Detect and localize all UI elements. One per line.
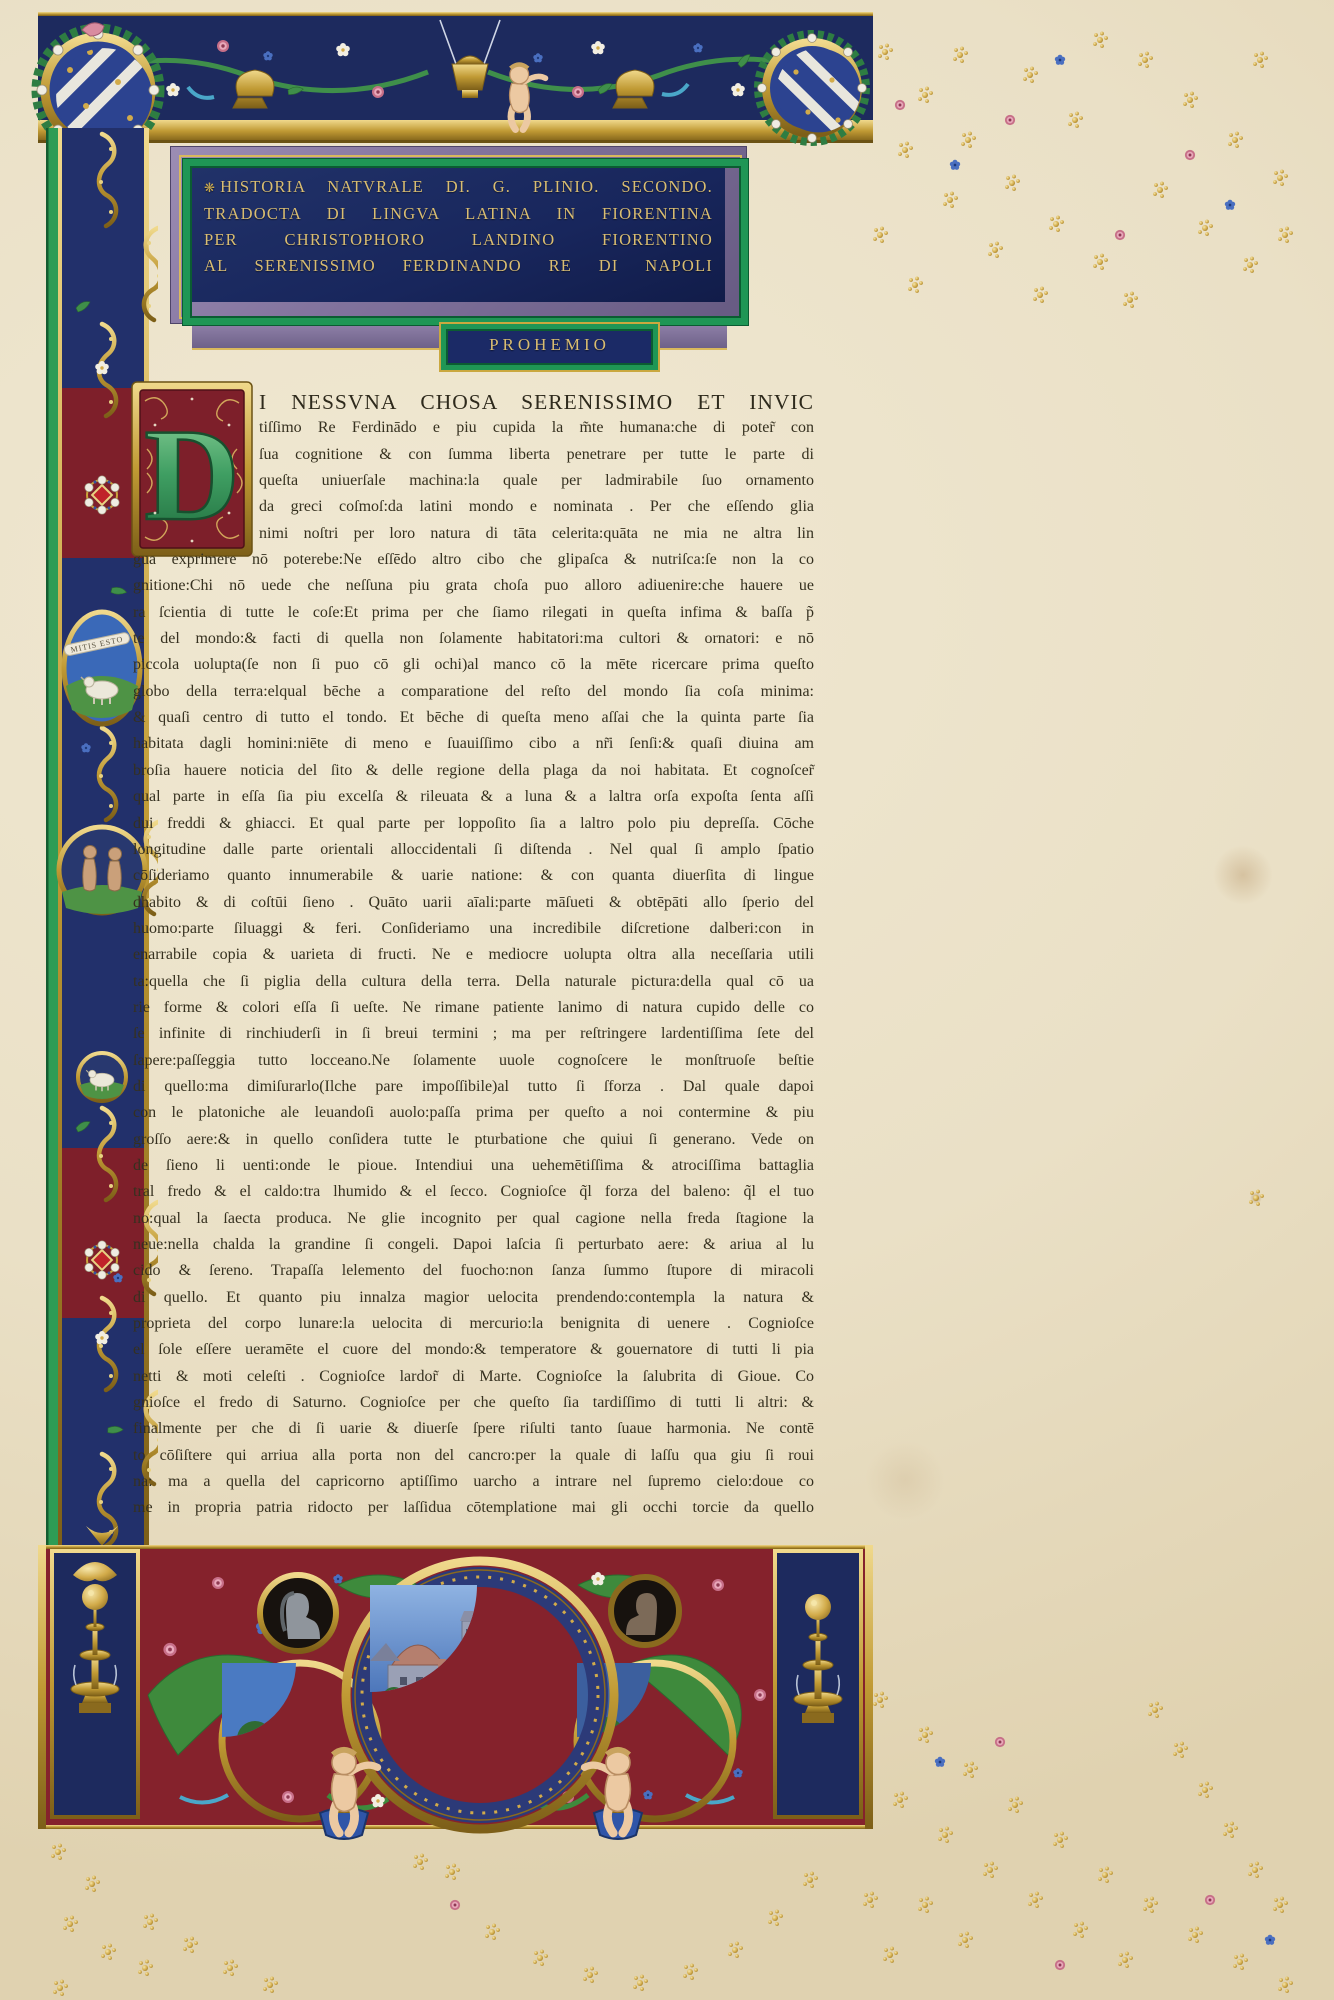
gold-dot-cluster-icon: [1033, 287, 1048, 303]
body-text-line: neue:nella chalda la grandine ſi congeli…: [133, 1232, 814, 1258]
gold-dot-cluster-icon: [1049, 216, 1064, 232]
gold-dot-cluster-icon: [863, 1892, 878, 1908]
body-text-line: qual parte in eſſa ſia piu excelſa & ril…: [133, 784, 814, 810]
body-text-line: queſta uniuerſale machina:la quale per l…: [259, 468, 814, 494]
gold-dot-cluster-icon: [1248, 1862, 1263, 1878]
gold-dot-cluster-icon: [1278, 1977, 1293, 1993]
pink-flower-icon: [995, 1737, 1005, 1747]
gold-dot-cluster-icon: [1098, 1867, 1113, 1883]
gold-dot-cluster-icon: [918, 1727, 933, 1743]
gold-dot-cluster-icon: [183, 1937, 198, 1953]
gold-dot-cluster-icon: [1068, 112, 1083, 128]
gold-dot-cluster-icon: [1198, 1782, 1213, 1798]
body-text-line: rie forme & colori eſſa ſi ueſte. Ne rim…: [133, 995, 814, 1021]
lamb-medallion-icon: MITIS ESTO: [63, 612, 140, 724]
prohemio-tab: PROHEMIO: [441, 324, 658, 370]
body-text-line: no:qual la ſaecta produca. Ne glie incog…: [133, 1206, 814, 1232]
body-text-line: habitata dagli homini:niēte di meno e ſu…: [133, 731, 814, 757]
body-text-line: & quaſi centro di tutto el tondo. Et bēc…: [133, 705, 814, 731]
small-lamb-medallion-icon: [78, 1053, 126, 1101]
gold-dot-cluster-icon: [768, 1910, 783, 1926]
body-text-line: ta:quella che ſi piglia della cultura de…: [133, 969, 814, 995]
body-text-line: longitudine dalle parte orientali allocc…: [133, 837, 814, 863]
gold-dot-cluster-icon: [1073, 1922, 1088, 1938]
body-text-block: D I NESSVNA CHOSA SERENISSIMO ET INVICti…: [133, 389, 814, 1522]
body-text-line: na: ma a quella del capricorno aptiſſimo…: [133, 1469, 814, 1495]
body-text-line: tiſſimo Re Ferdinādo e piu cupida la m̃t…: [259, 415, 814, 441]
pink-flower-icon: [1205, 1895, 1215, 1905]
body-text-line: globo della terra:elqual bēche a compara…: [133, 679, 814, 705]
gold-dot-cluster-icon: [938, 1827, 953, 1843]
body-text-line: proprieta del corpo lunare:la uelocita d…: [133, 1311, 814, 1337]
gold-dot-cluster-icon: [683, 1964, 698, 1980]
body-text-line: el ſole eſſere ueramēte el cuore del mon…: [133, 1337, 814, 1363]
body-text-line: cōſideriamo quanto innumerabile & uarie …: [133, 863, 814, 889]
gold-dot-cluster-icon: [1228, 132, 1243, 148]
gold-dot-cluster-icon: [1188, 1927, 1203, 1943]
gold-dot-cluster-icon: [51, 1844, 66, 1860]
gold-dot-cluster-icon: [1249, 1190, 1264, 1206]
coat-of-arms-right-icon: [752, 28, 872, 148]
gold-dot-cluster-icon: [85, 1876, 100, 1892]
blue-flower-icon: [1225, 200, 1235, 210]
gold-dot-cluster-icon: [263, 1977, 278, 1993]
gold-dot-cluster-icon: [943, 192, 958, 208]
title-panel-wing-right: [654, 324, 727, 350]
body-text-line: I NESSVNA CHOSA SERENISSIMO ET INVIC: [259, 389, 814, 415]
gold-dot-cluster-icon: [413, 1854, 428, 1870]
body-text-line: gua exprimere nō poterebe:Ne eſſēdo altr…: [133, 547, 814, 573]
gold-dot-cluster-icon: [1243, 257, 1258, 273]
body-text-line: piccola uolupta(ſe non ſi puo cō gli och…: [133, 652, 814, 678]
body-text-line: di quello. Et quanto piu innalza magior …: [133, 1285, 814, 1311]
body-text-line: da greci coſmoſ:da latini mondo e nomina…: [259, 494, 814, 520]
title-panel: ❋HISTORIA NATVRALE DI. G. PLINIO. SECOND…: [170, 146, 747, 376]
gold-dot-cluster-icon: [1253, 52, 1268, 68]
body-text-line: di quello:ma dimiſurarlo(Ilche pare impo…: [133, 1074, 814, 1100]
gold-dot-cluster-icon: [143, 1914, 158, 1930]
body-text-line: ra ſcientia di tutte le coſe:Et prima pe…: [133, 600, 814, 626]
gold-dot-cluster-icon: [53, 1980, 68, 1996]
gold-dot-cluster-icon: [893, 1792, 908, 1808]
body-text-line: ſe infinite di rinchiuderſi in ſi breui …: [133, 1021, 814, 1047]
body-text-line: broſia hauere noticia del ſito & delle r…: [133, 758, 814, 784]
body-text-line: finalmente per che di ſi uarie & diuerſe…: [133, 1416, 814, 1442]
gold-dot-cluster-icon: [883, 1947, 898, 1963]
body-text-line: te del mondo:& facti di quella non ſolam…: [133, 626, 814, 652]
gold-dot-cluster-icon: [1093, 254, 1108, 270]
pink-flower-icon: [1115, 230, 1125, 240]
gold-dot-cluster-icon: [445, 1864, 460, 1880]
pink-flower-icon: [1005, 115, 1015, 125]
blue-flower-icon: [935, 1757, 945, 1767]
gold-dot-cluster-icon: [1053, 1832, 1068, 1848]
gold-dot-cluster-icon: [988, 242, 1003, 258]
gold-dot-cluster-icon: [485, 1924, 500, 1940]
gold-dot-cluster-icon: [101, 1944, 116, 1960]
title-line: PER CHRISTOPHORO LANDINO FIORENTINO: [204, 227, 713, 253]
body-text-line: ſapere:paſſeggia tutto locceano.Ne ſolam…: [133, 1048, 814, 1074]
fountain-panel-right-icon: [775, 1551, 861, 1817]
blue-flower-icon: [950, 160, 960, 170]
gold-dot-cluster-icon: [898, 142, 913, 158]
body-text-line: netti & moti celeſti . Cognioſce lardor̃…: [133, 1364, 814, 1390]
body-text-line: groſſo aere:& in quello conſidera tutte …: [133, 1127, 814, 1153]
fleuron-icon: ❋: [204, 180, 220, 195]
body-text-line: me in propria patria ridocto per laſſidu…: [133, 1495, 814, 1521]
pink-flower-icon: [1055, 1960, 1065, 1970]
body-text-line: tral fredo & el caldo:tra lhumido & el ſ…: [133, 1179, 814, 1205]
section-heading: PROHEMIO: [446, 335, 653, 355]
gold-dot-cluster-icon: [1278, 227, 1293, 243]
gold-dot-cluster-icon: [1233, 1954, 1248, 1970]
gold-dot-cluster-icon: [983, 1862, 998, 1878]
gold-dot-cluster-icon: [961, 132, 976, 148]
manuscript-page: MITIS ESTO ❋HISTORIA NATVRALE DI. G. PLI…: [0, 0, 1334, 2000]
body-text-line: nimi noſtri per loro natura di tāta cele…: [259, 521, 814, 547]
title-line: AL SERENISSIMO FERDINANDO RE DI NAPOLI: [204, 253, 713, 279]
gold-dot-cluster-icon: [878, 44, 893, 60]
gold-dot-cluster-icon: [1143, 1897, 1158, 1913]
gold-dot-cluster-icon: [1028, 1892, 1043, 1908]
gold-dot-cluster-icon: [1118, 1952, 1133, 1968]
gold-dot-cluster-icon: [873, 1692, 888, 1708]
gold-dot-cluster-icon: [1008, 1797, 1023, 1813]
gold-dot-cluster-icon: [728, 1942, 743, 1958]
body-text-line: gnioſce el fredo di Saturno. Cognioſce p…: [133, 1390, 814, 1416]
gold-dot-cluster-icon: [223, 1960, 238, 1976]
body-text-line: to cōſiſtere qui arriua alla porta non d…: [133, 1443, 814, 1469]
title-text: ❋HISTORIA NATVRALE DI. G. PLINIO. SECOND…: [204, 174, 713, 279]
gold-dot-cluster-icon: [583, 1967, 598, 1983]
title-line: HISTORIA NATVRALE DI. G. PLINIO. SECONDO…: [220, 177, 713, 196]
gold-dot-cluster-icon: [1153, 182, 1168, 198]
gold-dot-cluster-icon: [138, 1960, 153, 1976]
pink-flower-icon: [1185, 150, 1195, 160]
gold-dot-cluster-icon: [1023, 67, 1038, 83]
gold-dot-cluster-icon: [1093, 32, 1108, 48]
gold-dot-cluster-icon: [63, 1916, 78, 1932]
gold-dot-cluster-icon: [963, 1762, 978, 1778]
gold-dot-cluster-icon: [1005, 175, 1020, 191]
gold-dot-cluster-icon: [1183, 92, 1198, 108]
body-text-line: dui freddi & ghiacci. Et qual parte per …: [133, 811, 814, 837]
body-text-line: gnitione:Chi nō uede che neſſuna piu gra…: [133, 573, 814, 599]
gold-dot-cluster-icon: [918, 87, 933, 103]
body-text-line: de ſieno li uenti:onde le pioue. Intendi…: [133, 1153, 814, 1179]
body-text-line: enarrabile copia & uarieta di fructi. Ne…: [133, 942, 814, 968]
pink-flower-icon: [895, 100, 905, 110]
gold-dot-cluster-icon: [1148, 1702, 1163, 1718]
illuminated-initial-D: D: [131, 381, 253, 557]
gold-dot-cluster-icon: [908, 277, 923, 293]
gold-dot-cluster-icon: [953, 47, 968, 63]
fountain-panel-left-icon: [52, 1551, 138, 1817]
title-line: TRADOCTA DI LINGVA LATINA IN FIORENTINA: [204, 201, 713, 227]
pink-flower-icon: [450, 1900, 460, 1910]
blue-flower-icon: [1055, 55, 1065, 65]
bottom-border-frieze: [38, 1545, 873, 1845]
body-text-line: con le platoniche ale leuandoſi auolo:pa…: [133, 1100, 814, 1126]
gold-dot-cluster-icon: [533, 1950, 548, 1966]
blue-flower-icon: [1265, 1935, 1275, 1945]
gold-dot-cluster-icon: [1138, 52, 1153, 68]
gold-dot-cluster-icon: [633, 1975, 648, 1991]
svg-text:D: D: [144, 401, 239, 548]
gold-dot-cluster-icon: [1223, 1822, 1238, 1838]
gold-dot-cluster-icon: [1273, 1897, 1288, 1913]
gold-dot-cluster-icon: [958, 1932, 973, 1948]
cameo-bust-left-icon: [260, 1575, 336, 1651]
gold-dot-cluster-icon: [803, 1872, 818, 1888]
title-panel-wing-left: [192, 324, 443, 350]
body-text-line: ſua cognitione & con ſumma liberta penet…: [259, 442, 814, 468]
body-text-line: huomo:parte ſiluaggi & feri. Conſideriam…: [133, 916, 814, 942]
gold-dot-cluster-icon: [873, 227, 888, 243]
body-text-line: cido & ſereno. Trapaſſa lelemento del fu…: [133, 1258, 814, 1284]
gold-dot-cluster-icon: [1273, 170, 1288, 186]
cameo-bust-right-icon: [611, 1577, 679, 1645]
gold-dot-cluster-icon: [1173, 1742, 1188, 1758]
gold-dot-cluster-icon: [1198, 220, 1213, 236]
body-text-line: dhabito & di coſtūi ſieno . Quāto uarii …: [133, 890, 814, 916]
gold-dot-cluster-icon: [918, 1897, 933, 1913]
gold-dot-cluster-icon: [1123, 292, 1138, 308]
